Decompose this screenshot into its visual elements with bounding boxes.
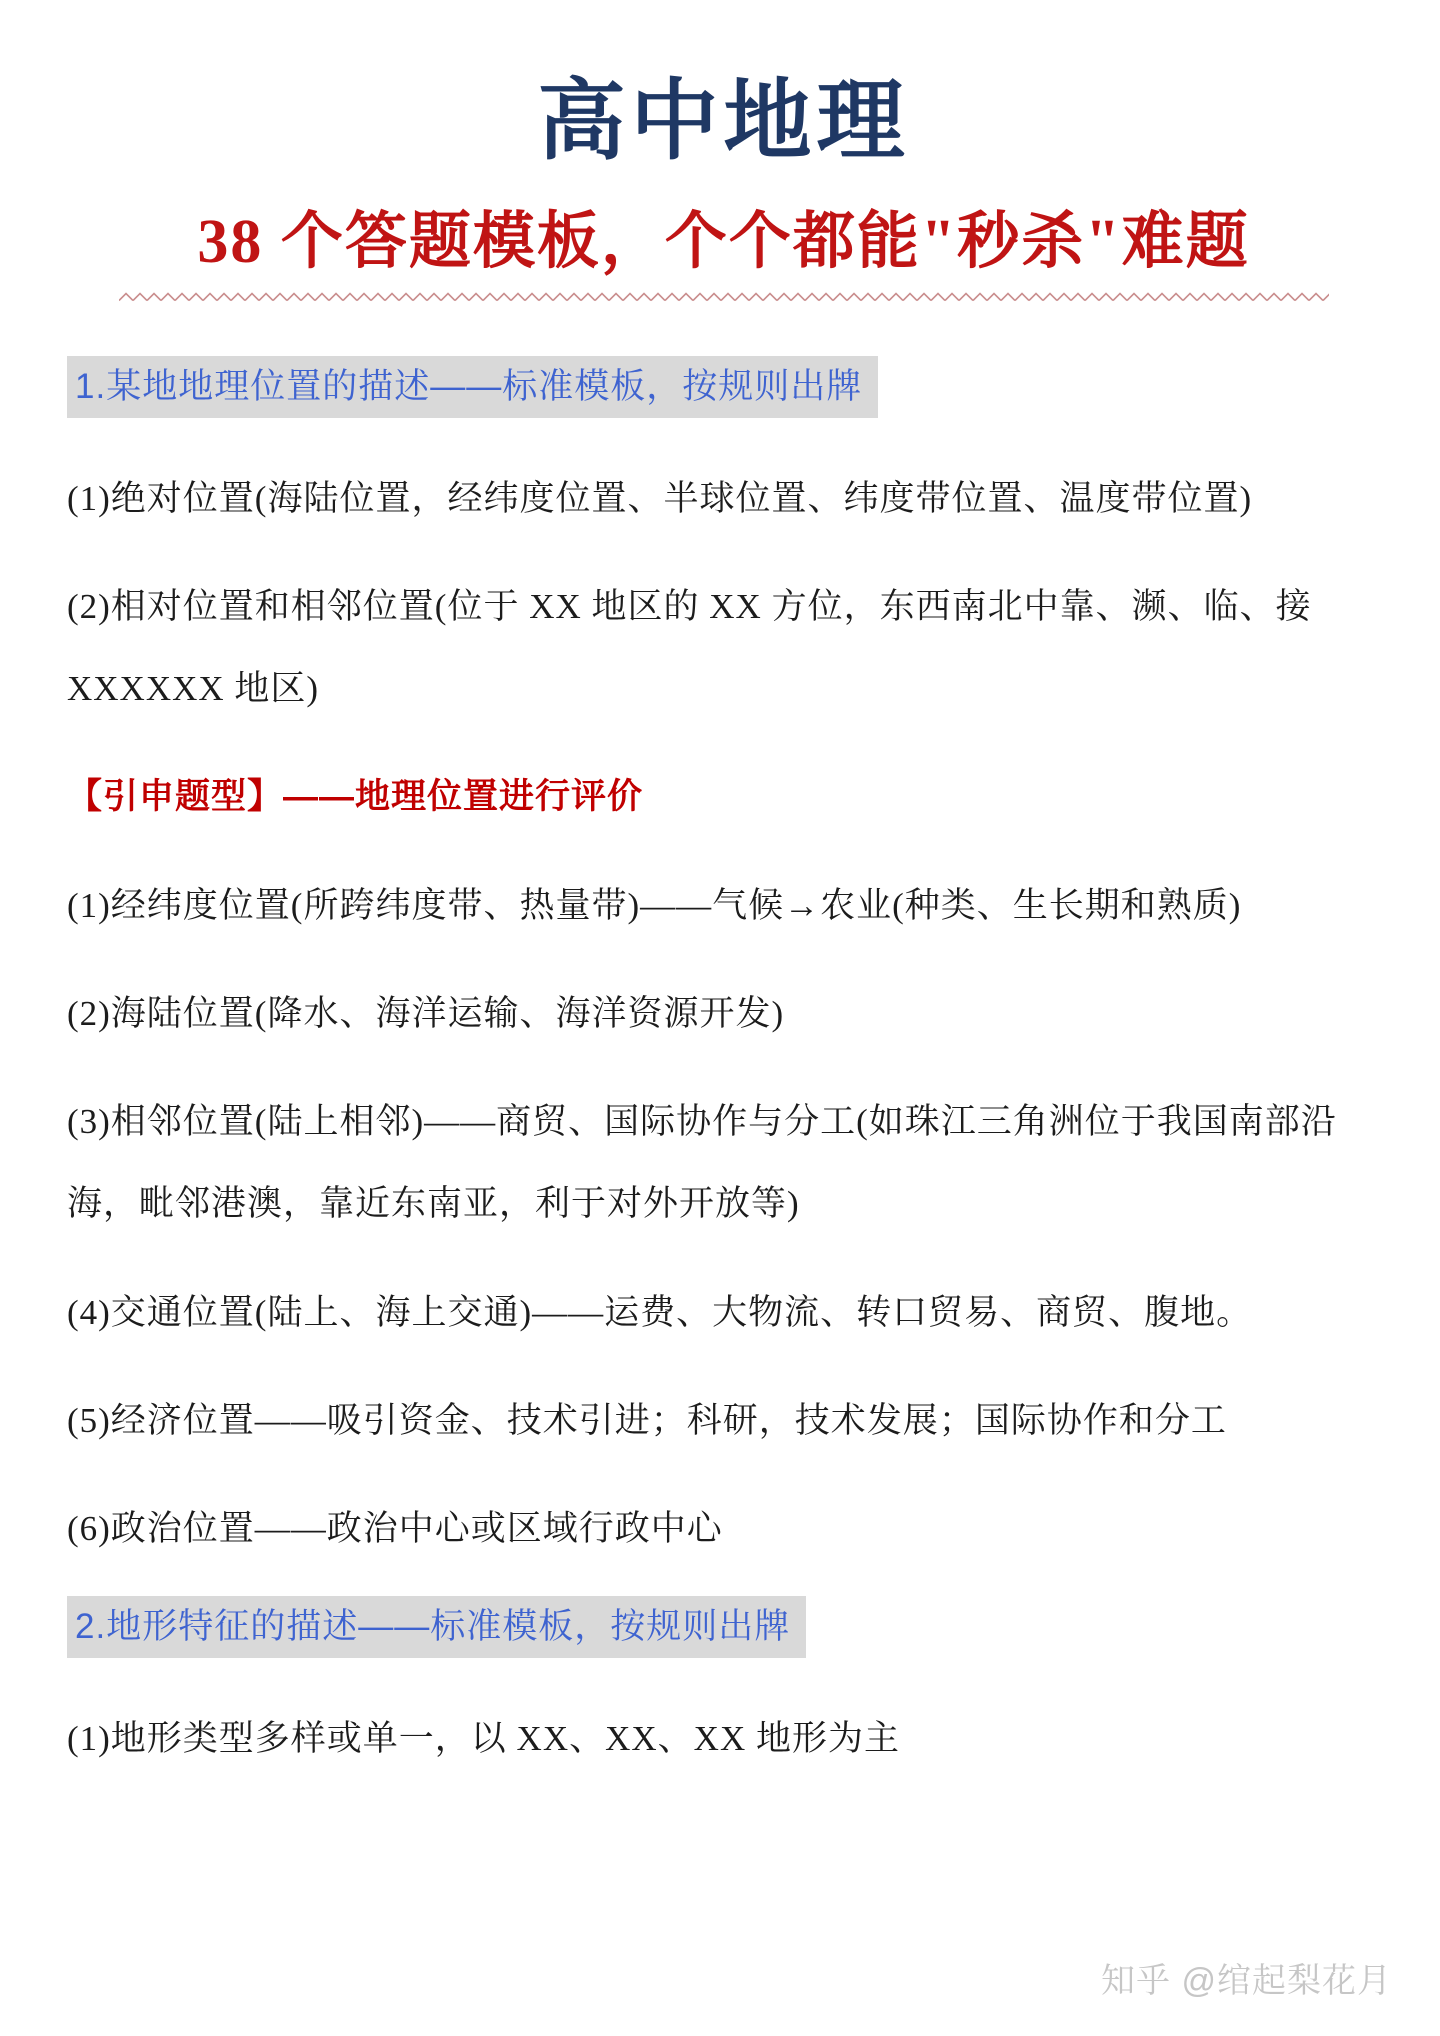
section-subheading: 【引申题型】——地理位置进行评价 [67, 756, 1380, 838]
body-paragraph: (4)交通位置(陆上、海上交通)——运费、大物流、转口贸易、商贸、腹地。 [67, 1272, 1380, 1354]
body-paragraph: (1)经纬度位置(所跨纬度带、热量带)——气候→农业(种类、生长期和熟质) [67, 865, 1380, 947]
document-page: 高中地理 38 个答题模板，个个都能"秒杀"难题 1.某地地理位置的描述——标准… [0, 0, 1440, 2036]
section-heading: 2.地形特征的描述——标准模板，按规则出牌 [67, 1596, 806, 1658]
body-paragraph: (1)地形类型多样或单一，以 XX、XX、XX 地形为主 [67, 1698, 1380, 1780]
content-sections: 1.某地地理位置的描述——标准模板，按规则出牌(1)绝对位置(海陆位置，经纬度位… [67, 356, 1380, 1781]
zigzag-underline-icon [119, 292, 1329, 302]
body-paragraph: (3)相邻位置(陆上相邻)——商贸、国际协作与分工(如珠江三角洲位于我国南部沿 … [67, 1081, 1380, 1246]
body-paragraph: (6)政治位置——政治中心或区域行政中心 [67, 1488, 1380, 1570]
watermark: 知乎 @绾起梨花月 [1101, 1953, 1392, 2002]
body-paragraph: (2)海陆位置(降水、海洋运输、海洋资源开发) [67, 973, 1380, 1055]
page-subtitle: 38 个答题模板，个个都能"秒杀"难题 [67, 199, 1380, 286]
page-subtitle-block: 38 个答题模板，个个都能"秒杀"难题 [67, 199, 1380, 302]
body-paragraph: (5)经济位置——吸引资金、技术引进；科研，技术发展；国际协作和分工 [67, 1380, 1380, 1462]
page-title: 高中地理 [67, 64, 1380, 183]
body-paragraph: (1)绝对位置(海陆位置，经纬度位置、半球位置、纬度带位置、温度带位置) [67, 458, 1380, 540]
body-paragraph: (2)相对位置和相邻位置(位于 XX 地区的 XX 方位，东西南北中靠、濒、临、… [67, 566, 1380, 731]
section-heading: 1.某地地理位置的描述——标准模板，按规则出牌 [67, 356, 878, 418]
